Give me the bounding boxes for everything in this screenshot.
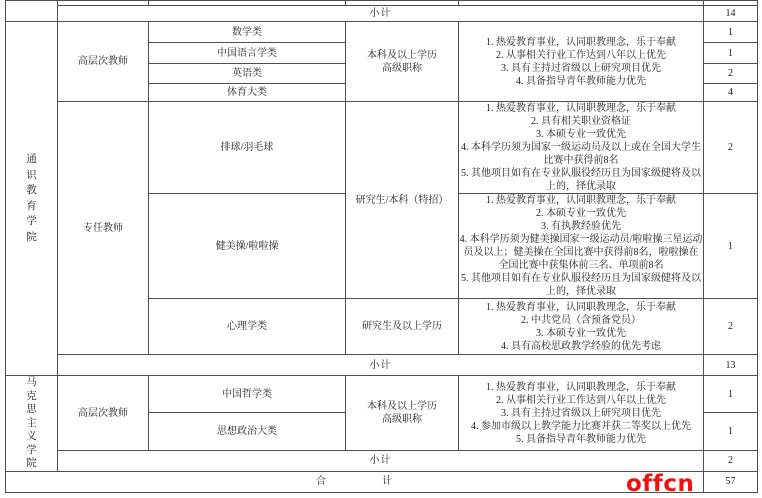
grand-total-label-cell: 合 计: [6, 471, 704, 492]
subtotal-count-cell: 2: [704, 451, 758, 471]
subject-cell: 健美操/啦啦操: [149, 194, 346, 299]
requirements-cell: 1. 热爱教育事业，认同职教理念，乐于奉献 2. 本硕专业一致优先 3. 有执教…: [459, 194, 704, 299]
subtotal-row: 小计 13: [6, 355, 758, 376]
subject-cell: 思想政治大类: [149, 413, 346, 451]
grand-total-count-cell: 57: [704, 471, 758, 492]
education-cell: 研究生及以上学历: [346, 299, 459, 355]
subtotal-row: 小计 14: [6, 6, 758, 22]
teacher-type-cell: 专任教师: [58, 102, 149, 355]
subject-cell: 中国哲学类: [149, 376, 346, 413]
requirements-cell: 1. 热爱教育事业，认同职教理念，乐于奉献 2. 中共党员（含预备党员） 3. …: [459, 299, 704, 355]
college-cell: 通识教育学院: [6, 22, 58, 376]
college-name: 通识教育学院: [26, 152, 38, 245]
subject-cell: 心理学类: [149, 299, 346, 355]
teacher-type-cell: 高层次教师: [58, 22, 149, 102]
table-row: 马克思主义学院 高层次教师 中国哲学类 本科及以上学历 高级职称 1. 热爱教育…: [6, 376, 758, 413]
college-cell-prev: [6, 1, 58, 22]
count-cell: 1: [704, 22, 758, 43]
subtotal-label-cell: 小计: [58, 6, 704, 22]
subtotal-label-cell: 小计: [58, 355, 704, 376]
scanned-document-page: 小计 14 通识教育学院 高层次教师 数学类 本科及以上学历 高级职称 1. 热…: [0, 0, 762, 498]
subject-cell: 数学类: [149, 22, 346, 43]
subject-cell: 中国语言学类: [149, 43, 346, 64]
education-cell: 本科及以上学历 高级职称: [346, 22, 459, 102]
requirements-cell: 1. 热爱教育事业，认同职教理念，乐于奉献 2. 从事相关行业工作达到八年以上优…: [459, 376, 704, 451]
count-cell: 2: [704, 102, 758, 194]
offcn-watermark: offcn: [626, 471, 694, 497]
education-cell: 本科及以上学历 高级职称: [346, 376, 459, 451]
college-name: 马克思主义学院: [26, 376, 38, 471]
table-row: 专任教师 排球/羽毛球 研究生/本科（特招） 1. 热爱教育事业，认同职教理念，…: [6, 102, 758, 194]
subject-cell: 英语类: [149, 64, 346, 84]
subtotal-row: 小计 2: [6, 451, 758, 471]
subject-cell: 体育大类: [149, 84, 346, 102]
count-cell: 4: [704, 84, 758, 102]
count-cell: 1: [704, 43, 758, 64]
subtotal-count-cell: 14: [704, 6, 758, 22]
requirements-cell: 1. 热爱教育事业，认同职教理念，乐于奉献 2. 具有相关职业资格证 3. 本硕…: [459, 102, 704, 194]
education-cell: 研究生/本科（特招）: [346, 102, 459, 299]
teacher-type-cell: 高层次教师: [58, 376, 149, 451]
table-row: 通识教育学院 高层次教师 数学类 本科及以上学历 高级职称 1. 热爱教育事业，…: [6, 22, 758, 43]
subtotal-count-cell: 13: [704, 355, 758, 376]
subtotal-label-cell: 小计: [58, 451, 704, 471]
college-cell: 马克思主义学院: [6, 376, 58, 472]
count-cell: 1: [704, 413, 758, 451]
count-cell: 2: [704, 64, 758, 84]
requirements-cell: 1. 热爱教育事业，认同职教理念，乐于奉献 2. 从事相关行业工作达到八年以上优…: [459, 22, 704, 102]
count-cell: 2: [704, 299, 758, 355]
subject-cell: 排球/羽毛球: [149, 102, 346, 194]
recruitment-table: 小计 14 通识教育学院 高层次教师 数学类 本科及以上学历 高级职称 1. 热…: [5, 0, 758, 493]
count-cell: 1: [704, 376, 758, 413]
count-cell: 1: [704, 194, 758, 299]
